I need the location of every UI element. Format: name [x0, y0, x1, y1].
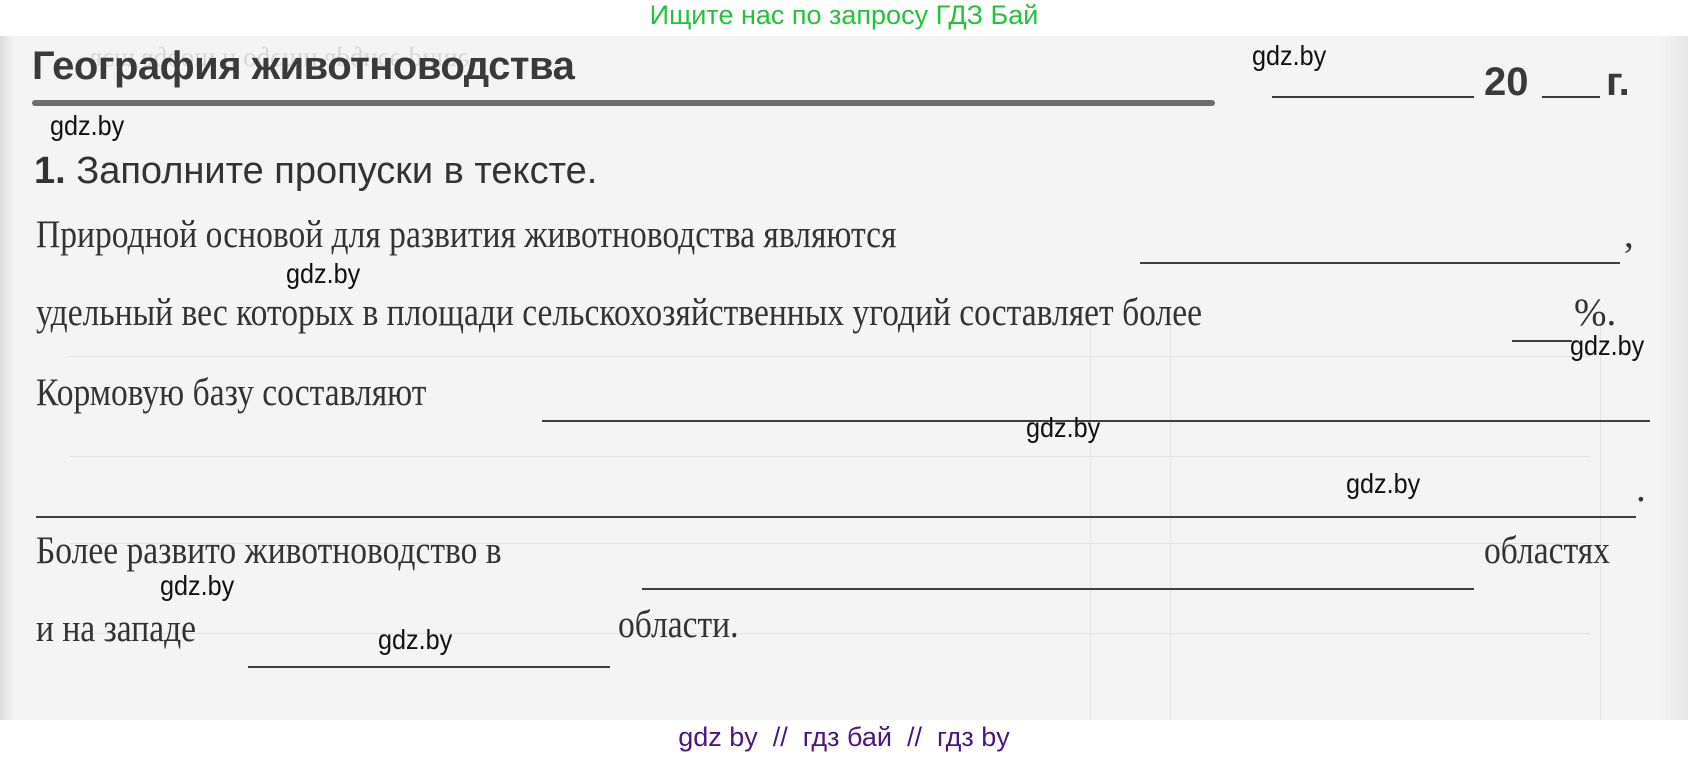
section-sign-icon: §	[1666, 188, 1681, 222]
watermark: gdz.by	[160, 570, 234, 602]
watermark: gdz.by	[1252, 40, 1326, 72]
bleed-column	[1600, 326, 1601, 720]
date-year-suffix: г.	[1606, 60, 1630, 105]
bleed-column	[1090, 326, 1091, 720]
answer-blank-6[interactable]	[248, 666, 610, 668]
line-5-suffix: областях	[1484, 528, 1610, 573]
date-day-month-field[interactable]	[1272, 96, 1474, 98]
title-underline	[32, 100, 1215, 106]
worksheet-title: География животноводства	[32, 44, 574, 89]
date-year-prefix: 20	[1484, 60, 1529, 105]
line-4-punct: .	[1636, 466, 1646, 511]
line-6-suffix: области.	[618, 602, 739, 647]
bleed-rule	[70, 456, 1590, 457]
watermark: gdz.by	[378, 624, 452, 656]
sentence-line-5: Более развито животноводство в	[36, 528, 502, 573]
date-year-field[interactable]	[1542, 96, 1600, 98]
bleed-column	[1170, 326, 1171, 720]
sentence-line-1: Природной основой для развития животново…	[36, 212, 896, 257]
worksheet-page: ǝɯиd ǝɔиɓdɐ иɯɔɓо н ɯооɓɐ ɯɔɐ География …	[0, 36, 1688, 720]
line-1-punct: ,	[1624, 212, 1634, 257]
watermark: gdz.by	[1026, 412, 1100, 444]
task-instruction: Заполните пропуски в тексте.	[76, 150, 597, 192]
side-marker-group: §	[1660, 198, 1688, 278]
watermark: gdz.by	[1570, 330, 1644, 362]
task-heading: 1. Заполните пропуски в тексте.	[34, 150, 597, 193]
watermark: gdz.by	[286, 258, 360, 290]
answer-blank-percent[interactable]	[1512, 340, 1572, 342]
search-hint-banner: Ищите нас по запросу ГДЗ Бай	[0, 0, 1688, 36]
answer-blank-5[interactable]	[642, 588, 1474, 590]
answer-blank-4[interactable]	[36, 516, 1636, 518]
watermark: gdz.by	[50, 110, 124, 142]
bleed-rule	[70, 633, 1590, 634]
task-number: 1.	[34, 150, 66, 192]
sentence-line-2: удельный вес которых в площади сельскохо…	[36, 290, 1202, 335]
book-icon	[1660, 240, 1688, 274]
bleed-rule	[70, 356, 1590, 357]
answer-blank-1[interactable]	[1140, 262, 1620, 264]
line-2-punct: %.	[1574, 290, 1616, 335]
sentence-line-3: Кормовую базу составляют	[36, 370, 426, 415]
sentence-line-6: и на западе	[36, 606, 196, 651]
watermark: gdz.by	[1346, 468, 1420, 500]
footer-links[interactable]: gdz by // гдз бай // гдз by	[0, 722, 1688, 753]
